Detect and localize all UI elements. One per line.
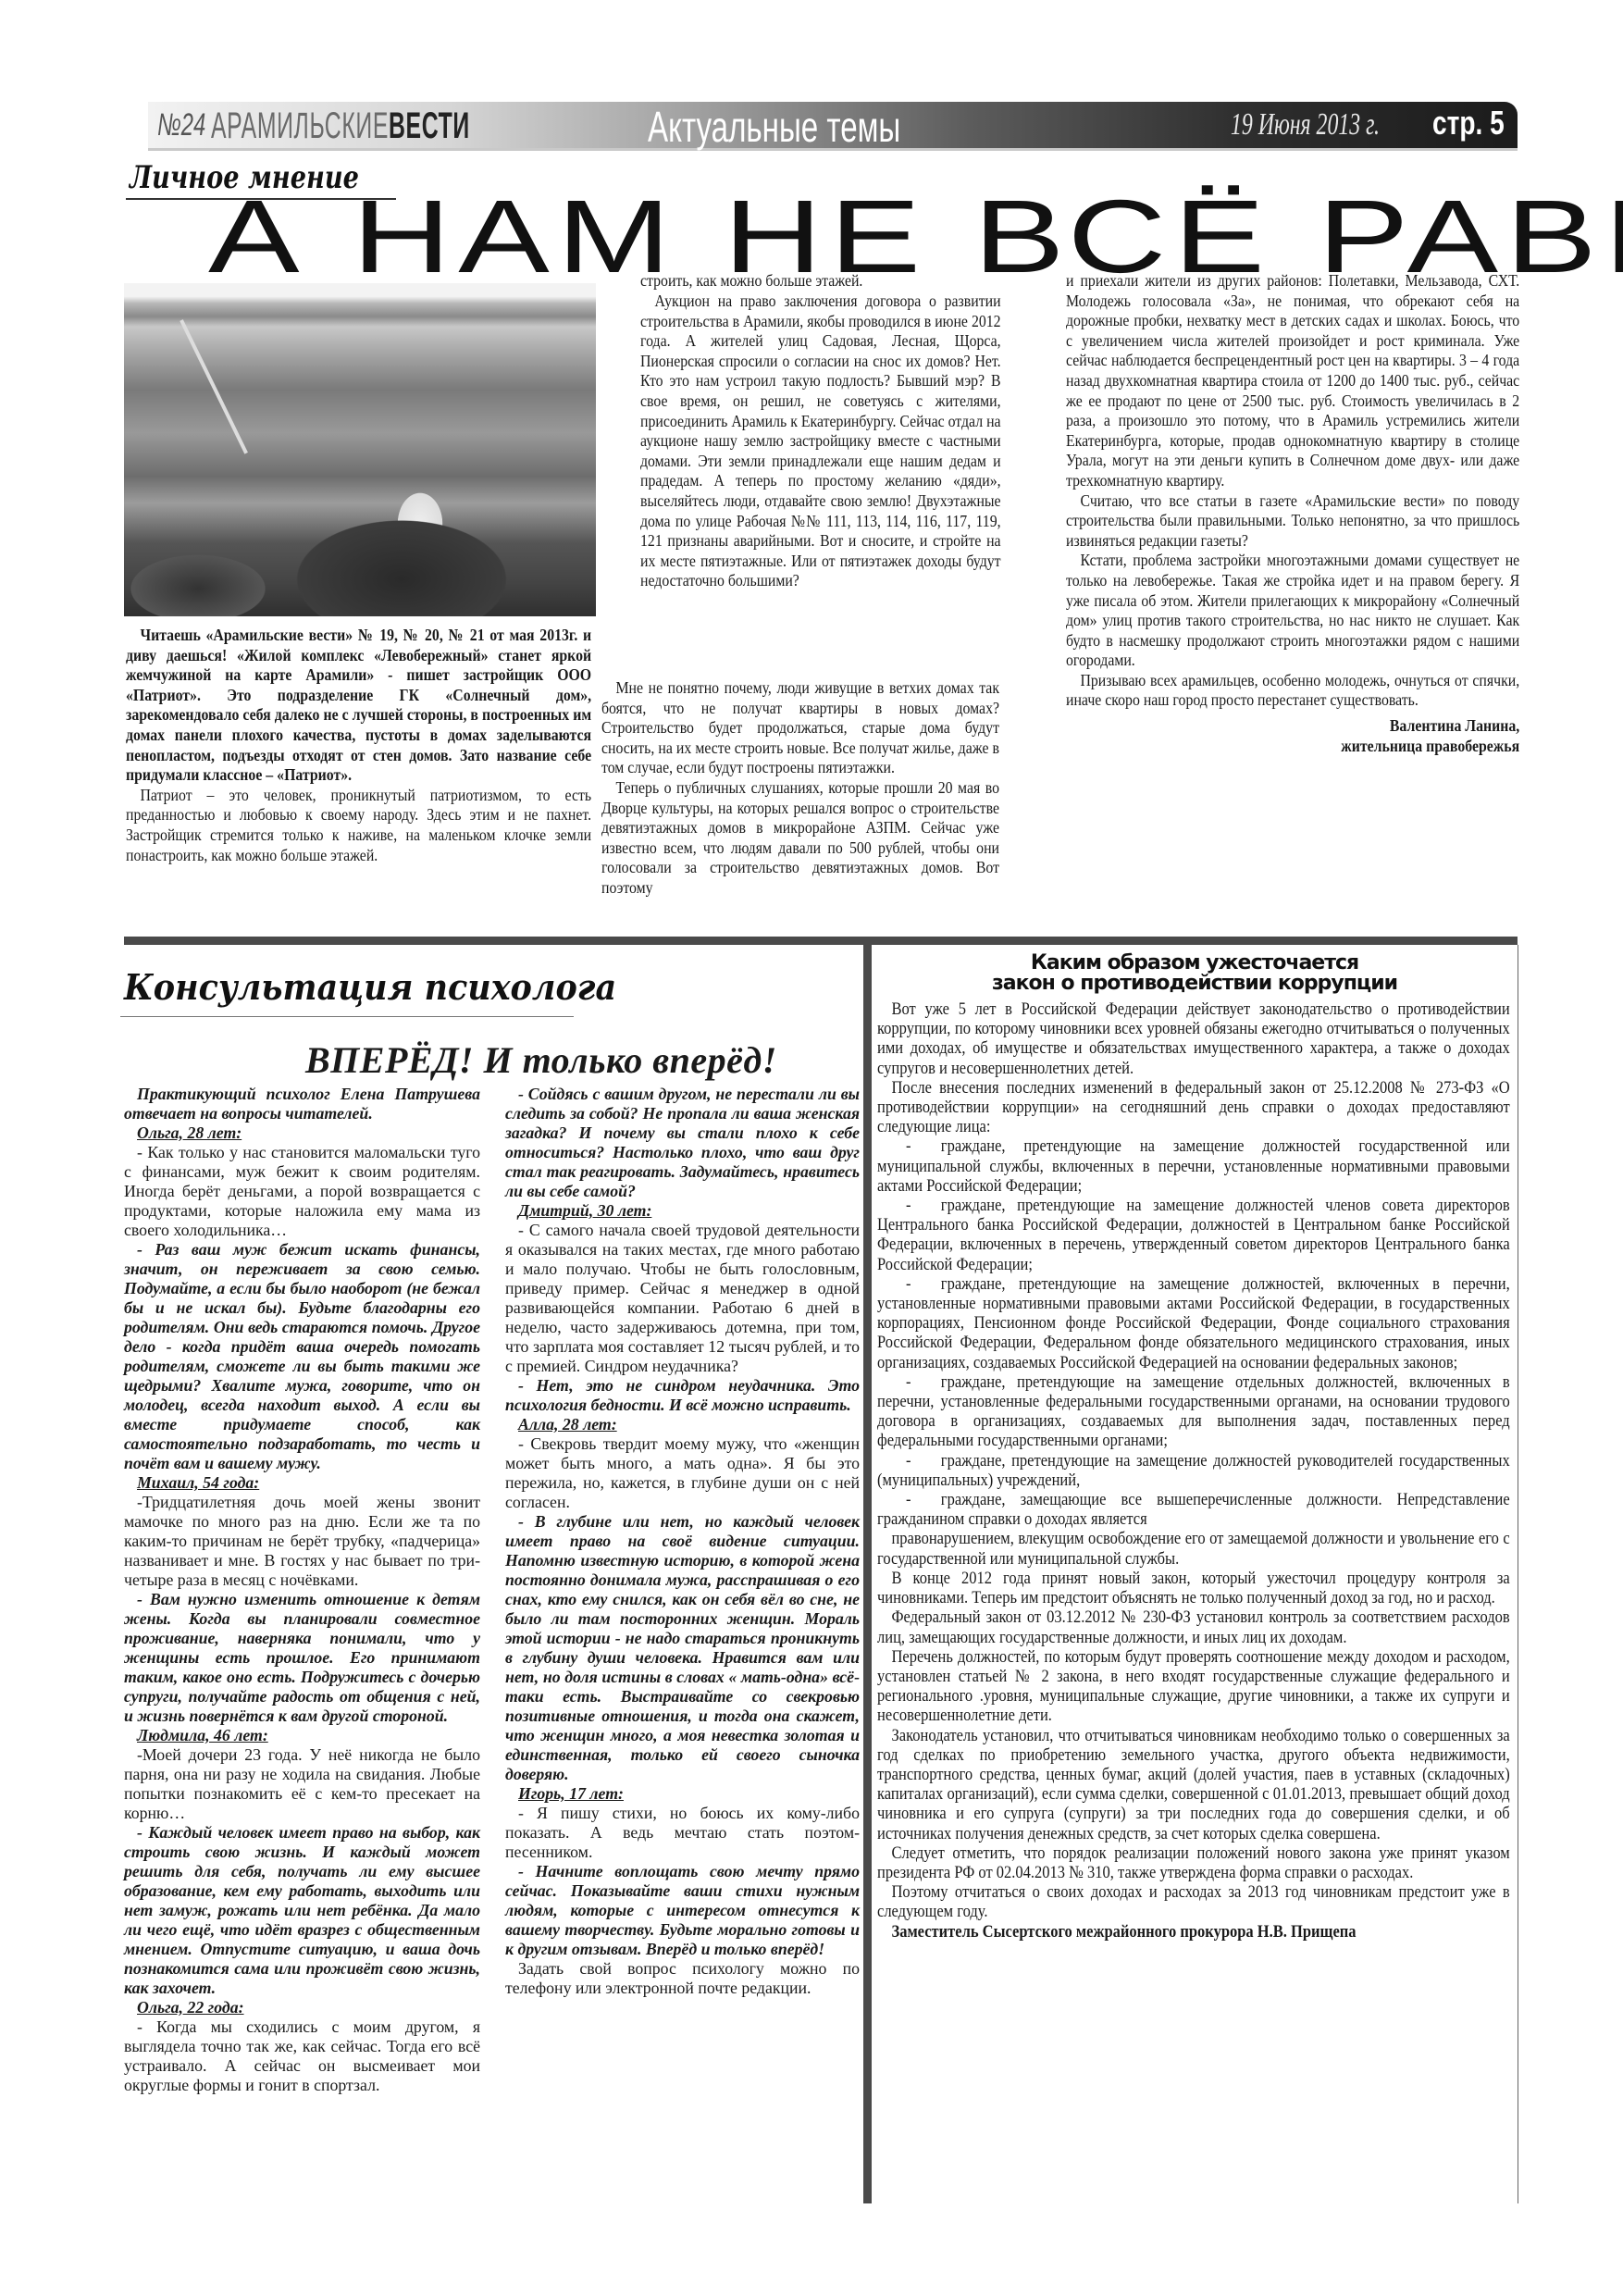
psychology-column-1: Практикующий психолог Елена Патрушева от… [124,1085,480,2095]
reader-question: -Тридцатилетняя дочь моей жены звонит ма… [124,1493,480,1590]
article3-paragraph: Поэтому отчитаться о своих доходах и рас… [877,1882,1510,1921]
article2-intro: Практикующий психолог Елена Патрушева от… [124,1085,480,1123]
newspaper-name: АРАМИЛЬСКИЕВЕСТИ [211,105,470,147]
reader-question: - С самого начала своей трудовой деятель… [505,1221,860,1376]
article1-column-2: строить, как можно больше этажей. [640,271,1001,292]
article1-column-1: Читаешь «Арамильские вести» № 19, № 20, … [126,626,591,865]
psychologist-answer: - Нет, это не синдром неудачника. Это пс… [505,1376,860,1415]
list-item: -граждане, замещающие все вышеперечислен… [877,1490,1510,1529]
corruption-article-title: Каким образом ужесточается закон о проти… [872,953,1518,994]
town-aerial-photo [124,283,596,616]
issue-date: 19 Июня 2013 г. [1231,107,1380,143]
list-item: -граждане, претендующие на замещение дол… [877,1274,1510,1372]
article3-paragraph: Вот уже 5 лет в Российской Федерации дей… [877,999,1510,1078]
psychologist-answer: - Раз ваш муж бежит искать финансы, знач… [124,1240,480,1473]
corruption-article-body: Вот уже 5 лет в Российской Федерации дей… [877,999,1510,1942]
section-divider-vertical [863,945,872,2203]
reader-name: Ольга, 22 года: [137,1998,244,2017]
article2-outro: Задать свой вопрос психологу можно по те… [505,1959,860,1998]
psychologist-answer: - Сойдясь с вашим другом, не перестали л… [505,1085,860,1201]
article1-column-3: и приехали жители из других районов: Пол… [1066,271,1519,756]
article1-paragraph: Аукцион на право заключения договора о р… [640,292,1001,591]
reader-name: Людмила, 46 лет: [137,1726,268,1744]
list-item: -граждане, претендующие на замещение дол… [877,1451,1510,1490]
article1-lead: Читаешь «Арамильские вести» № 19, № 20, … [126,626,591,786]
rubric-underline [120,1016,574,1017]
reader-name: Ольга, 28 лет: [137,1123,242,1142]
article1-paragraph: Теперь о публичных слушаниях, которые пр… [601,778,999,899]
article1-paragraph: Считаю, что все статьи в газете «Арамиль… [1066,491,1519,552]
newspaper-name-bold: ВЕСТИ [389,105,470,146]
article3-signature: Заместитель Сысертского межрайонного про… [877,1922,1510,1942]
article1-paragraph: Мне не понятно почему, люди живущие в ве… [601,678,999,778]
title-line-1: Каким образом ужесточается [872,953,1518,974]
psychologist-answer: - Начните воплощать свою мечту прямо сей… [505,1862,860,1959]
article1-paragraph: Призываю всех арамильцев, особенно молод… [1066,671,1519,711]
psychology-column-2: - Сойдясь с вашим другом, не перестали л… [505,1085,860,1998]
article1-paragraph: Патриот – это человек, проникнутый патри… [126,786,591,865]
list-item: -граждане, претендующие на замещение отд… [877,1372,1510,1451]
reader-name: Дмитрий, 30 лет: [518,1201,651,1220]
reader-question: - Когда мы сходились с моим другом, я вы… [124,2017,480,2095]
article3-paragraph: После внесения последних изменений в фед… [877,1078,1510,1137]
article3-paragraph: Законодатель установил, что отчитываться… [877,1726,1510,1843]
article1-column-2b: Аукцион на право заключения договора о р… [640,292,1001,591]
article1-paragraph: строить, как можно больше этажей. [640,271,1001,292]
article1-paragraph: Кстати, проблема застройки многоэтажными… [1066,551,1519,671]
author-name: Валентина Ланина, [1066,716,1519,737]
reader-question: - Свекровь твердит моему мужу, что «женщ… [505,1434,860,1512]
psychologist-answer: - Каждый человек имеет право на выбор, к… [124,1823,480,1998]
article3-paragraph: Следует отметить, что порядок реализации… [877,1843,1510,1882]
article3-paragraph: Федеральный закон от 03.12.2012 № 230-ФЗ… [877,1607,1510,1646]
issue-number: №24 [157,107,205,143]
reader-question: -Моей дочери 23 года. У неё никогда не б… [124,1745,480,1823]
list-item: -граждане, претендующие на замещение дол… [877,1196,1510,1274]
article3-paragraph: Перечень должностей, по которым будут пр… [877,1647,1510,1726]
reader-name: Алла, 28 лет: [518,1415,617,1433]
psychologist-answer: - В глубине или нет, но каждый человек и… [505,1512,860,1784]
psychology-article-title: ВПЕРЁД! И только вперёд! [305,1038,777,1082]
article3-paragraph: В конце 2012 года принят новый закон, ко… [877,1569,1510,1607]
reader-question: - Я пишу стихи, но боюсь их кому-либо по… [505,1804,860,1862]
newspaper-name-light: АРАМИЛЬСКИЕ [211,105,389,146]
article1-column-2c: Мне не понятно почему, люди живущие в ве… [601,678,999,899]
list-item: -граждане, претендующие на замещение дол… [877,1136,1510,1196]
section-divider-horizontal [124,937,1518,945]
reader-name: Игорь, 17 лет: [518,1784,624,1803]
reader-question: - Как только у нас становится маломальск… [124,1143,480,1240]
psychologist-answer: - Вам нужно изменить отношение к детям ж… [124,1590,480,1726]
rubric-psychologist-consultation: Консультация психолога [124,966,616,1008]
section-title: Актуальные темы [648,102,900,152]
title-line-2: закон о противодействии коррупции [872,974,1518,994]
reader-name: Михаил, 54 года: [137,1473,259,1492]
author-role: жительница правобережья [1066,737,1519,757]
article1-paragraph: и приехали жители из других районов: Пол… [1066,271,1519,491]
page-number: стр. 5 [1432,104,1505,143]
article3-paragraph: правонарушением, влекущим освобождение е… [877,1529,1510,1568]
